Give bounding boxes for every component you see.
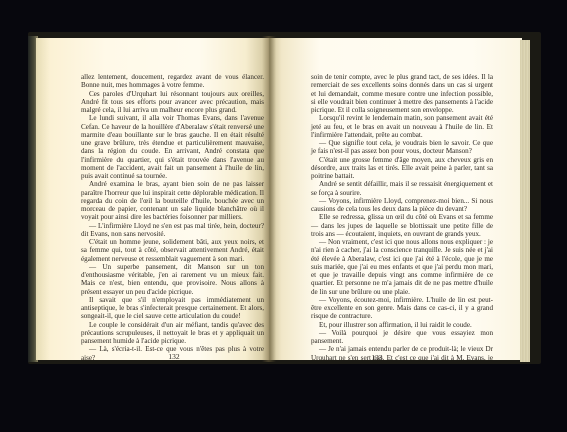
left-page: allez lentement, doucement, regardez ava… <box>36 38 269 360</box>
paragraph: allez lentement, doucement, regardez ava… <box>81 73 264 90</box>
paragraph: Ces paroles d'Urquhart lui résonnant tou… <box>81 90 264 115</box>
paragraph: Elle se redressa, glissa un œil du côté … <box>311 213 493 238</box>
paragraph: — Voyons, écoutez-moi, infirmière. L'hui… <box>311 296 493 321</box>
paragraph: Le couple le considérait d'un air méfian… <box>81 321 264 346</box>
paragraph: soin de tenir compte, avec le plus grand… <box>311 73 493 114</box>
paragraph: C'était un homme jeune, solidement bâti,… <box>81 238 264 263</box>
paragraph: — Je n'ai jamais entendu parler de ce pr… <box>311 345 493 360</box>
paragraph: — Que signifie tout cela, je voudrais bi… <box>311 139 493 156</box>
paragraph: Il savait que s'il n'employait pas imméd… <box>81 296 264 321</box>
paragraph: — Voyons, infirmière Lloyd, comprenez-mo… <box>311 197 493 214</box>
paragraph: C'était une grosse femme d'âge moyen, au… <box>311 156 493 181</box>
page-number: 132 <box>154 352 194 360</box>
paragraph: André se sentit défaillir, mais il se re… <box>311 180 493 197</box>
paragraph: Et, pour illustrer son affirmation, il l… <box>311 321 493 329</box>
left-page-text: allez lentement, doucement, regardez ava… <box>81 73 264 360</box>
paragraph: André examina le bras, ayant bien soin d… <box>81 180 264 221</box>
paragraph: Le lundi suivant, il alla voir Thomas Ev… <box>81 114 264 180</box>
right-page-text: soin de tenir compte, avec le plus grand… <box>311 73 493 360</box>
right-page: soin de tenir compte, avec le plus grand… <box>269 38 522 360</box>
paragraph: — L'infirmière Lloyd ne s'en est pas mal… <box>81 222 264 239</box>
paragraph: — Non vraiment, c'est ici que nous allon… <box>311 238 493 296</box>
paragraph: Lorsqu'il revint le lendemain matin, son… <box>311 114 493 139</box>
paragraph: — Voilà pourquoi je désire que vous essa… <box>311 329 493 346</box>
page-edges <box>520 40 530 362</box>
paragraph: — Un superbe pansement, dit Manson sur u… <box>81 263 264 296</box>
book-gutter <box>262 36 276 362</box>
page-number: 133 <box>357 353 397 360</box>
